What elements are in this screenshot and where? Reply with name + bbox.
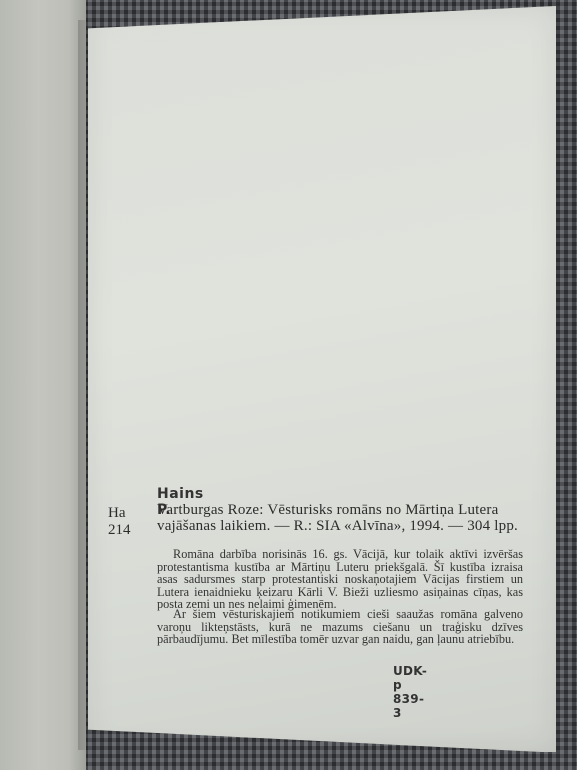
left-book-page: [0, 0, 86, 770]
left-page-bleed-text: [0, 290, 30, 330]
bibliographic-entry: Vartburgas Roze: Vēsturisks romāns no Mā…: [157, 503, 523, 534]
call-number: Ha 214: [108, 505, 131, 539]
annotation-paragraph-2: Ar šiem vēsturiskajiem notikumiem cieši …: [157, 608, 523, 646]
annotation-paragraph-1: Romāna darbība norisinās 16. gs. Vācijā,…: [157, 548, 523, 611]
annotation-text-2: Ar šiem vēsturiskajiem notikumiem cieši …: [157, 608, 523, 646]
udk-classification: UDK-p 839-3: [393, 664, 427, 720]
annotation-text-1: Romāna darbība norisinās 16. gs. Vācijā,…: [157, 548, 523, 611]
